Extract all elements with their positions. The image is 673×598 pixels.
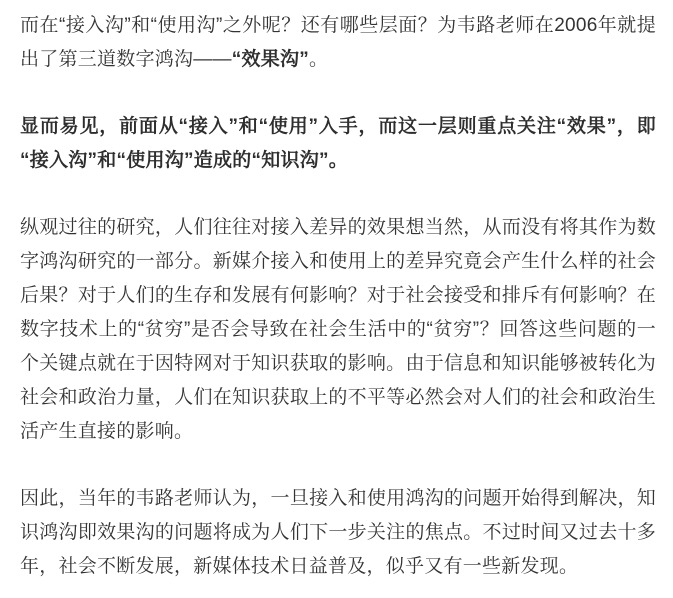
paragraph-1: 而在“接入沟”和“使用沟”之外呢？还有哪些层面？为韦路老师在2006年就提出了第…: [20, 9, 656, 77]
body-text: 而在“接入沟”和“使用沟”之外呢？还有哪些层面？为韦路老师在2006年就提出了第…: [20, 15, 656, 70]
body-text: 纵观过往的研究，人们往往对接入差异的效果想当然，从而没有将其作为数字鸿沟研究的一…: [20, 217, 656, 442]
paragraph-4: 因此，当年的韦路老师认为，一旦接入和使用鸿沟的问题开始得到解决，知识鸿沟即效果沟…: [20, 482, 656, 584]
paragraph-3: 纵观过往的研究，人们往往对接入差异的效果想当然，从而没有将其作为数字鸿沟研究的一…: [20, 211, 656, 449]
body-text: 。: [309, 49, 328, 70]
article-body: 而在“接入沟”和“使用沟”之外呢？还有哪些层面？为韦路老师在2006年就提出了第…: [0, 0, 673, 584]
paragraph-2: 显而易见，前面从“接入”和“使用”入手，而这一层则重点关注“效果”，即“接入沟”…: [20, 110, 656, 178]
article-page: 而在“接入沟”和“使用沟”之外呢？还有哪些层面？为韦路老师在2006年就提出了第…: [0, 0, 673, 598]
bold-text: “效果沟”: [232, 49, 309, 70]
bold-text: 显而易见，前面从“接入”和“使用”入手，而这一层则重点关注“效果”，即“接入沟”…: [20, 116, 656, 171]
body-text: 因此，当年的韦路老师认为，一旦接入和使用鸿沟的问题开始得到解决，知识鸿沟即效果沟…: [20, 488, 656, 577]
